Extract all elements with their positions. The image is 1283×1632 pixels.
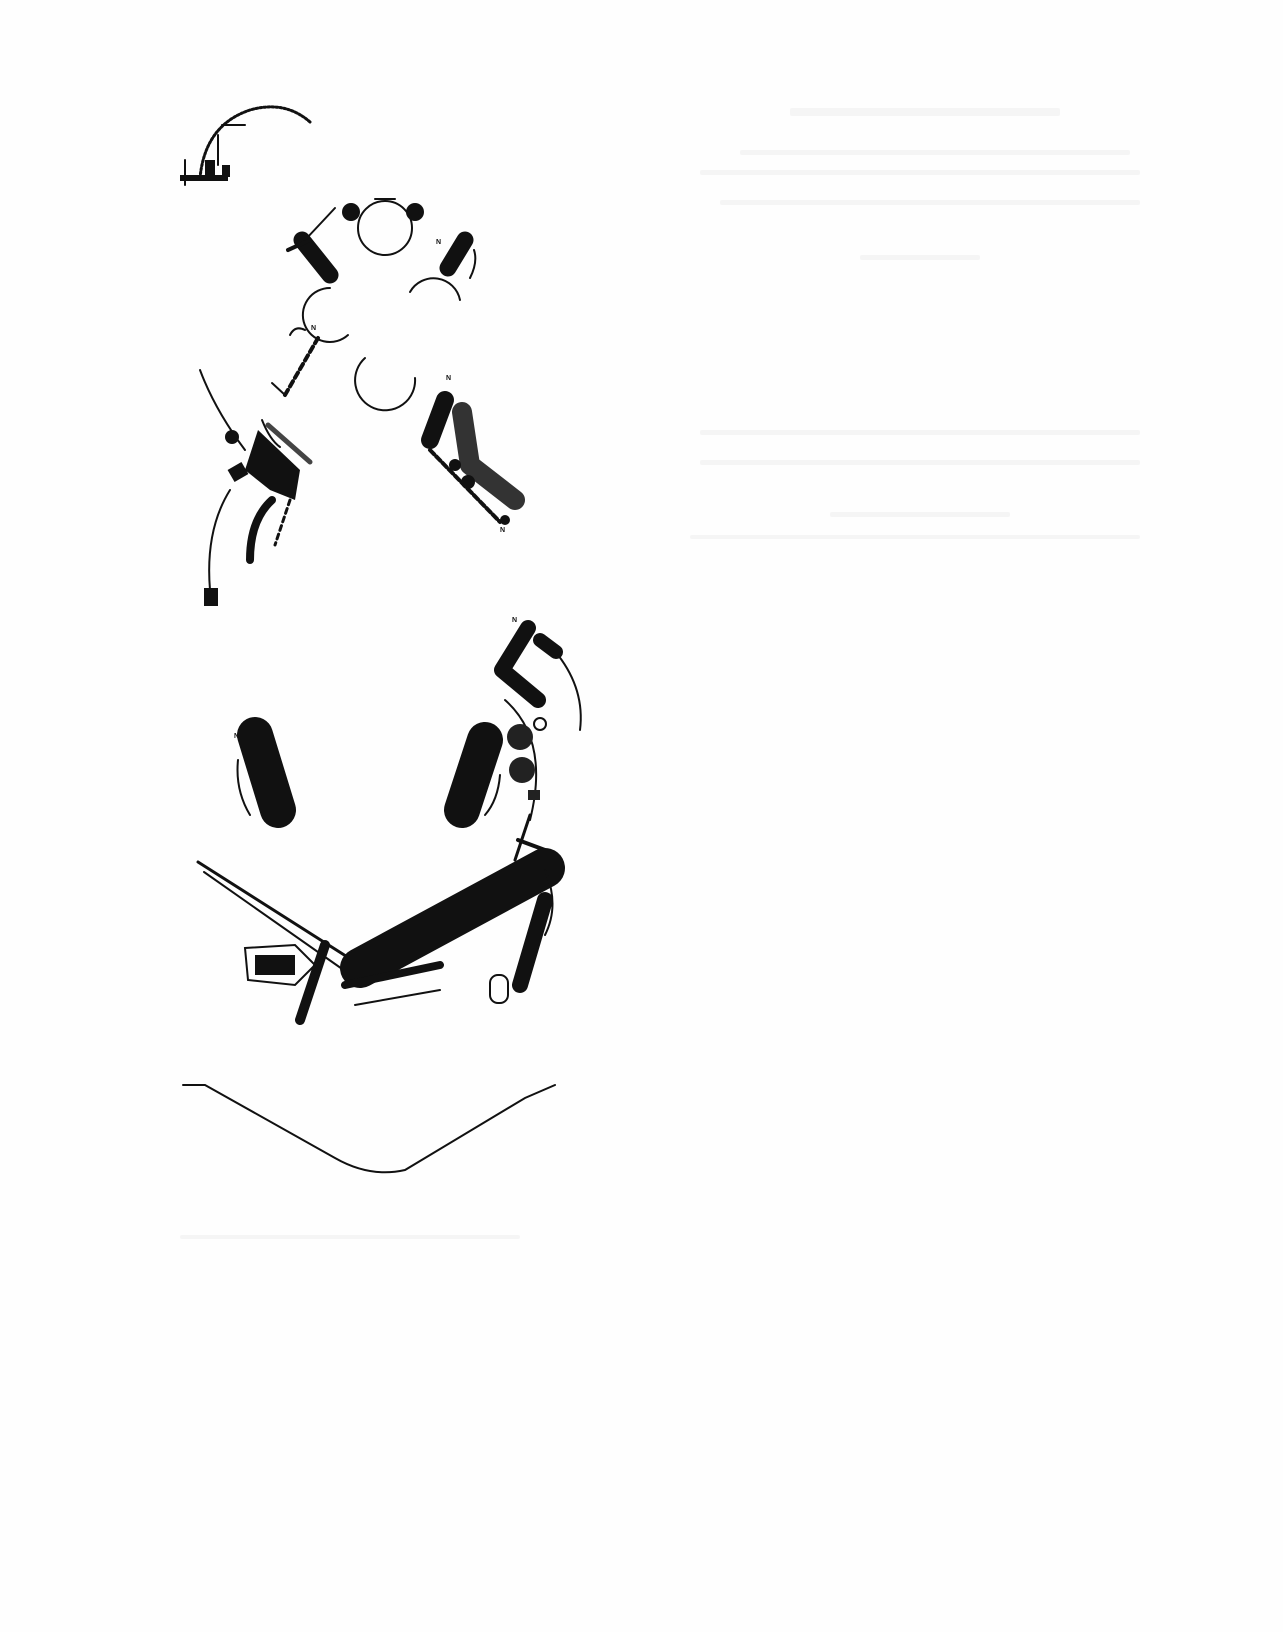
marker-label: N (234, 733, 239, 740)
top-bumper (342, 199, 424, 255)
top-post-cluster (180, 135, 230, 185)
marker-label: N (512, 617, 517, 624)
marker-label: N (500, 527, 505, 534)
bottom-apron-rail (183, 1085, 555, 1172)
right-upper-arm (448, 240, 475, 278)
marker-label: N (311, 325, 316, 332)
mechanism-layout-drawing: N N N N S N N (0, 0, 1283, 1632)
left-coil (238, 735, 279, 815)
right-mechanism (430, 400, 515, 525)
marker-label: N (436, 239, 441, 246)
right-mid-ring (410, 278, 460, 300)
left-mid-ring (303, 288, 348, 342)
center-ring (355, 358, 415, 410)
marker-label: S (530, 623, 535, 630)
marker-label: N (446, 375, 451, 382)
right-coil (462, 740, 500, 815)
left-upper-arm (288, 208, 335, 275)
right-lane-linkage (502, 628, 581, 860)
bottom-trough (198, 862, 553, 1020)
top-arch-rail (200, 107, 310, 178)
left-mechanism (200, 370, 310, 606)
left-linkage (272, 328, 318, 395)
